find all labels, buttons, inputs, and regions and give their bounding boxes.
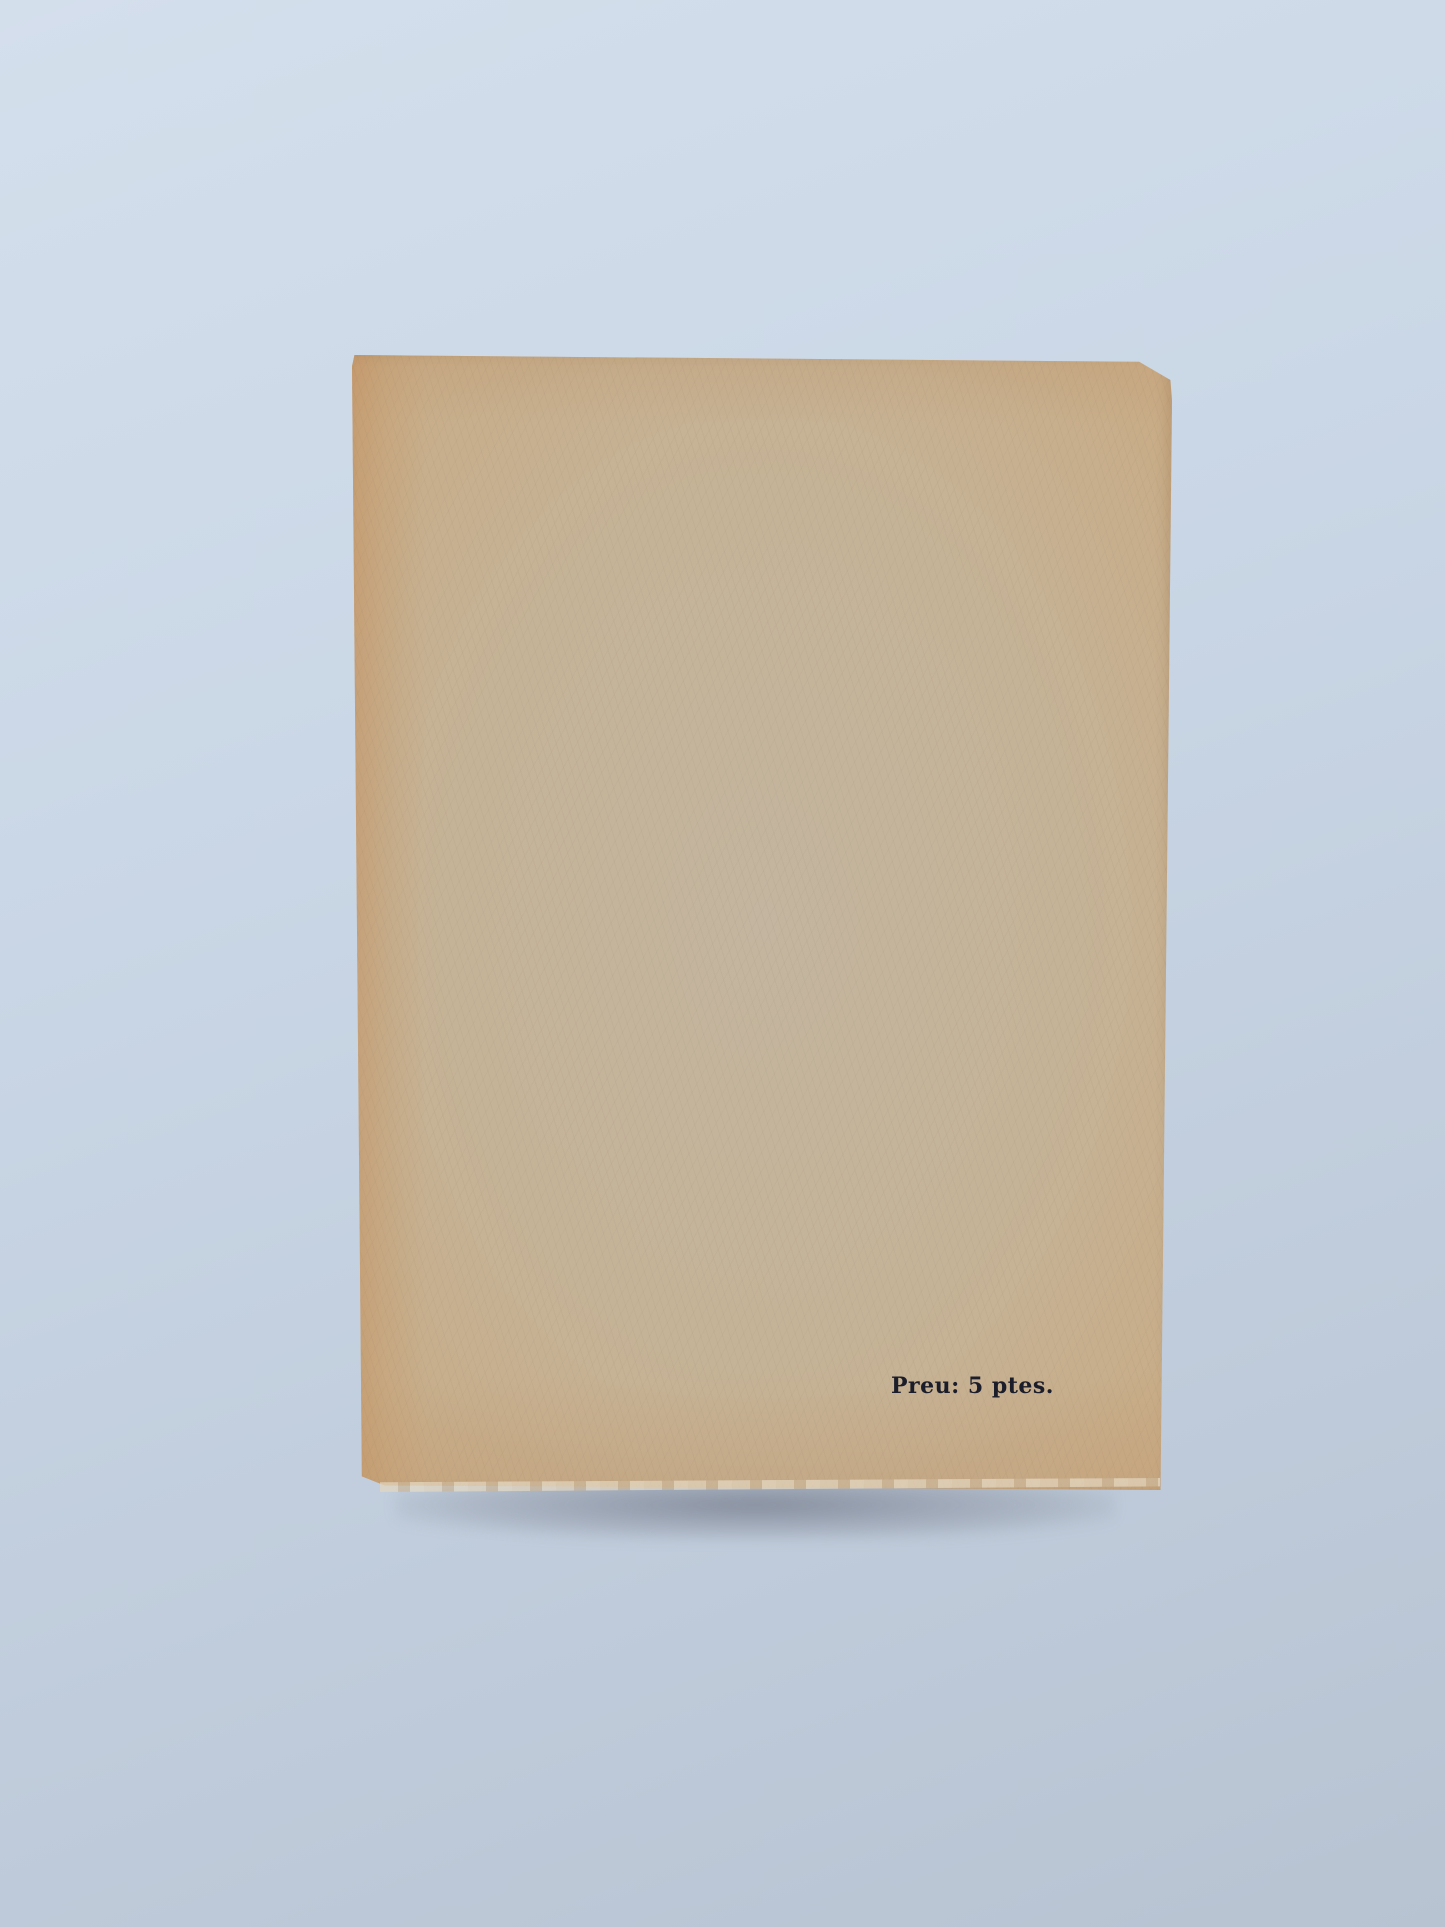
paper-texture xyxy=(352,355,1172,1490)
book-back-cover xyxy=(352,355,1172,1490)
price-label: Preu: 5 ptes. xyxy=(891,1373,1054,1399)
